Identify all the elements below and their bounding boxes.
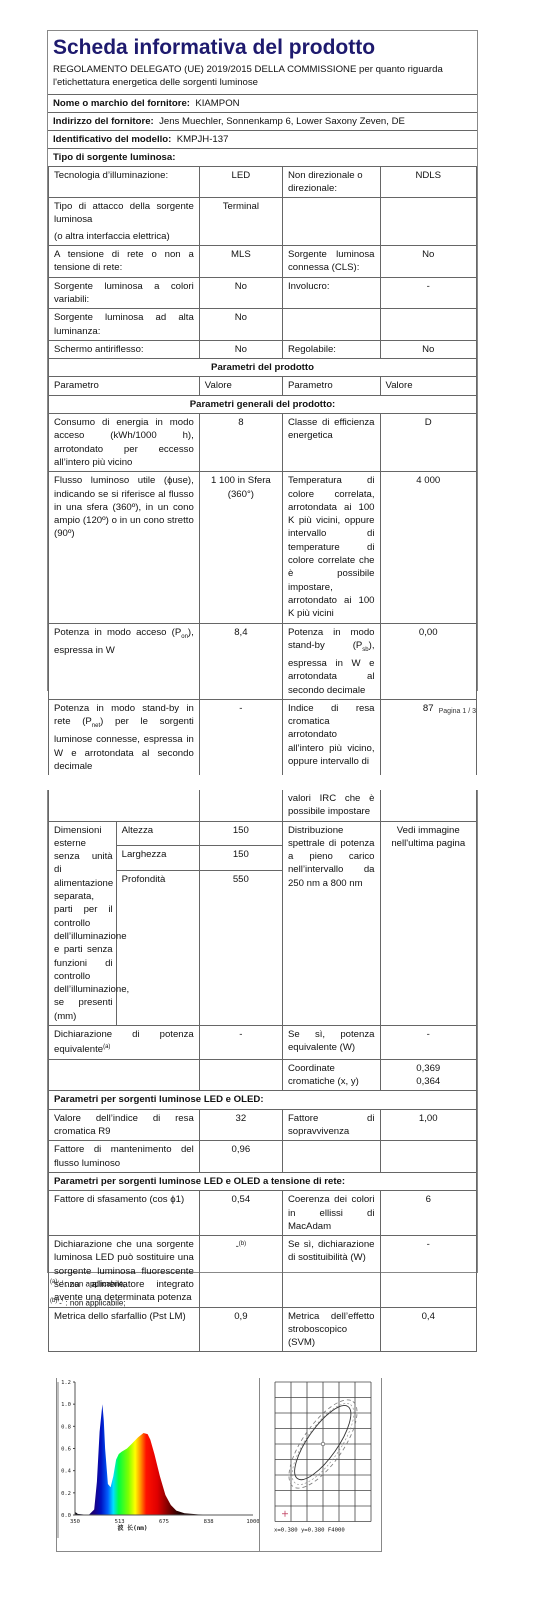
svg-text:675: 675 [159, 1519, 169, 1525]
svg-text:838: 838 [204, 1519, 214, 1525]
spectrum-chart: 0.00.20.40.60.81.01.23505136758381000波 长… [57, 1378, 260, 1551]
spectrum-plot: 0.00.20.40.60.81.01.23505136758381000波 长… [57, 1378, 259, 1551]
table-row: Dichiarazione di potenza equivalente(a) … [49, 1026, 477, 1060]
table-row: Consumo di energia in modo acceso (kWh/1… [49, 414, 477, 472]
table-row: Potenza in modo stand-by in rete (Pnet) … [49, 699, 477, 775]
table-row: Sorgente luminosa ad alta luminanza: No [49, 309, 477, 341]
section-header: Parametri per sorgenti luminose LED e OL… [49, 1172, 477, 1190]
chromaticity-x: 0,369 [416, 1063, 440, 1074]
table-row: valori IRC che è possibile impostare [49, 790, 477, 821]
footnotes: (a)‘-’ : non applicabile; (b)‘-’ : non a… [50, 1274, 126, 1311]
section-header: Parametri generali del prodotto: [49, 395, 477, 413]
table-row: Flusso luminoso utile (ϕuse), indicando … [49, 472, 477, 623]
source-type-table: Tecnologia d’illuminazione: LED Non dire… [48, 166, 477, 776]
supplier-name-row: Nome o marchio del fornitore: KIAMPON [48, 95, 477, 113]
svg-text:1.0: 1.0 [61, 1402, 71, 1408]
model-label: Identificativo del modello: [53, 134, 171, 145]
supplier-address-row: Indirizzo del fornitore: Jens Muechler, … [48, 113, 477, 131]
table-row: Tecnologia d’illuminazione: LED Non dire… [49, 166, 477, 198]
table-row: Metrica dello sfarfallio (Pst LM) 0,9 Me… [49, 1307, 477, 1352]
svg-text:0.8: 0.8 [61, 1424, 71, 1430]
svg-text:350: 350 [70, 1519, 80, 1525]
svg-text:0.6: 0.6 [61, 1447, 71, 1453]
supplier-name: KIAMPON [195, 98, 239, 109]
model-id: KMPJH-137 [177, 134, 229, 145]
table-row: Potenza in modo acceso (Pon), espressa i… [49, 623, 477, 699]
charts-box: 0.00.20.40.60.81.01.23505136758381000波 长… [56, 1378, 382, 1552]
chromaticity-y: 0,364 [416, 1076, 440, 1087]
product-params-continued: valori IRC che è possibile impostare Dim… [48, 790, 477, 1352]
svg-text:0.4: 0.4 [61, 1469, 72, 1475]
column-headers: Parametro Valore Parametro Valore [49, 377, 477, 395]
svg-text:波 长(nm): 波 长(nm) [117, 1524, 147, 1532]
dimensions-row: Dimensioni esterne senza unità di alimen… [49, 821, 477, 846]
table-row: Tipo di attacco della sorgente luminosa(… [49, 198, 477, 246]
page-title: Scheda informativa del prodotto [48, 31, 477, 63]
supplier-address-label: Indirizzo del fornitore: [53, 116, 154, 127]
footnote-b: (b)‘-’ : non applicabile; [50, 1293, 126, 1312]
table-row: Schermo antiriflesso: No Regolabile: No [49, 340, 477, 358]
svg-text:x=0.380 y=0.380 F4000: x=0.380 y=0.380 F4000 [274, 1528, 345, 1534]
regulation-text: REGOLAMENTO DELEGATO (UE) 2019/2015 DELL… [48, 63, 477, 95]
table-row: Fattore di sfasamento (cos ϕ1) 0,54 Coer… [49, 1191, 477, 1236]
svg-text:1000: 1000 [246, 1519, 259, 1525]
macadam-ellipse-plot: x=0.380 y=0.380 F4000 [260, 1378, 381, 1551]
footnote-a: (a)‘-’ : non applicabile; [50, 1274, 126, 1293]
svg-text:1.2: 1.2 [61, 1380, 71, 1386]
page-1: Scheda informativa del prodotto REGOLAME… [47, 30, 478, 691]
page-number: Pagina 1 / 3 [439, 708, 476, 715]
supplier-address: Jens Muechler, Sonnenkamp 6, Lower Saxon… [159, 116, 405, 127]
table-row: A tensione di rete o non a tensione di r… [49, 246, 477, 278]
model-row: Identificativo del modello: KMPJH-137 [48, 131, 477, 149]
section-header: Parametri del prodotto [49, 359, 477, 377]
source-type-heading: Tipo di sorgente luminosa: [48, 149, 477, 166]
table-row: Fattore di mantenimento del flusso lumin… [49, 1141, 477, 1173]
table-row: Sorgente luminosa a colori variabili: No… [49, 277, 477, 309]
table-row: Coordinate cromatiche (x, y) 0,3690,364 [49, 1059, 477, 1091]
page-2: valori IRC che è possibile impostare Dim… [47, 790, 478, 1273]
cie-ellipse-chart: x=0.380 y=0.380 F4000 [260, 1378, 381, 1551]
section-header: Parametri per sorgenti luminose LED e OL… [49, 1091, 477, 1109]
supplier-name-label: Nome o marchio del fornitore: [53, 98, 190, 109]
svg-text:0.2: 0.2 [61, 1491, 71, 1497]
table-row: Valore dell’indice di resa cromatica R9 … [49, 1109, 477, 1141]
